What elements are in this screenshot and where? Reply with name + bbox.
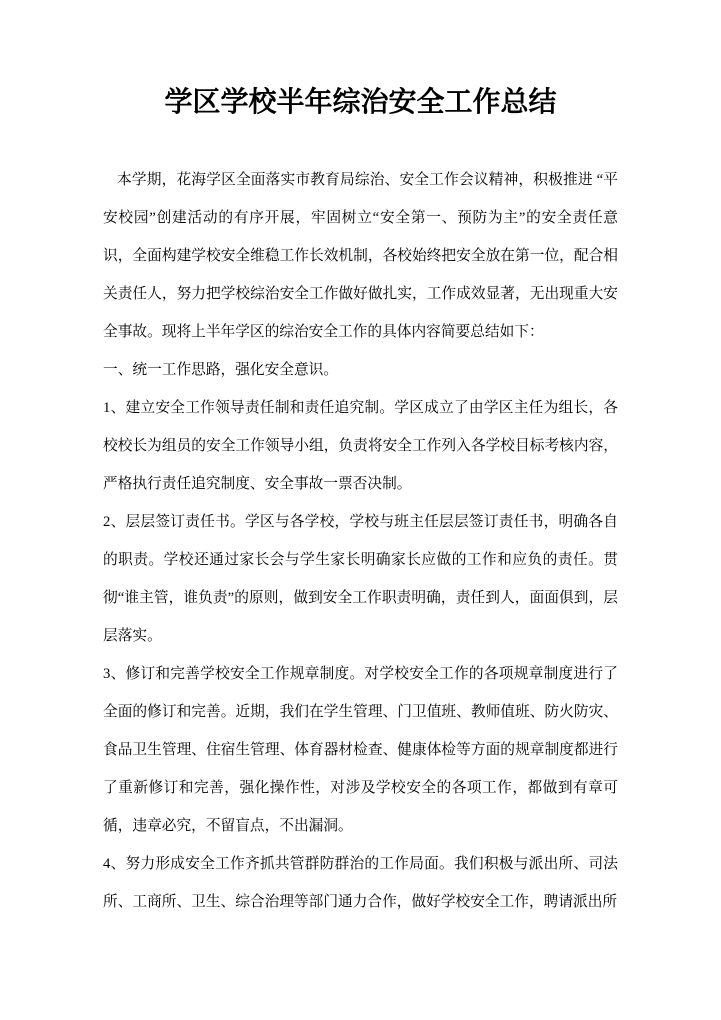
paragraph-section-heading-1: 一、统一工作思路，强化安全意识。 [103,351,618,389]
paragraph-item-3: 3、修订和完善学校安全工作规章制度。对学校安全工作的各项规章制度进行了全面的修订… [103,655,618,845]
paragraph-item-1: 1、建立安全工作领导责任制和责任追究制。学区成立了由学区主任为组长，各校校长为组… [103,389,618,503]
document-page: 学区学校半年综治安全工作总结 本学期，花海学区全面落实市教育局综治、安全工作会议… [0,0,721,1020]
document-title: 学区学校半年综治安全工作总结 [103,0,618,120]
paragraph-item-2: 2、层层签订责任书。学区与各学校，学校与班主任层层签订责任书，明确各自的职责。学… [103,503,618,655]
paragraph-item-4: 4、努力形成安全工作齐抓共管群防群治的工作局面。我们积极与派出所、司法所、工商所… [103,845,618,921]
document-body: 本学期，花海学区全面落实市教育局综治、安全工作会议精神，积极推进 “平安校园”创… [103,161,618,921]
paragraph-intro: 本学期，花海学区全面落实市教育局综治、安全工作会议精神，积极推进 “平安校园”创… [103,161,618,351]
